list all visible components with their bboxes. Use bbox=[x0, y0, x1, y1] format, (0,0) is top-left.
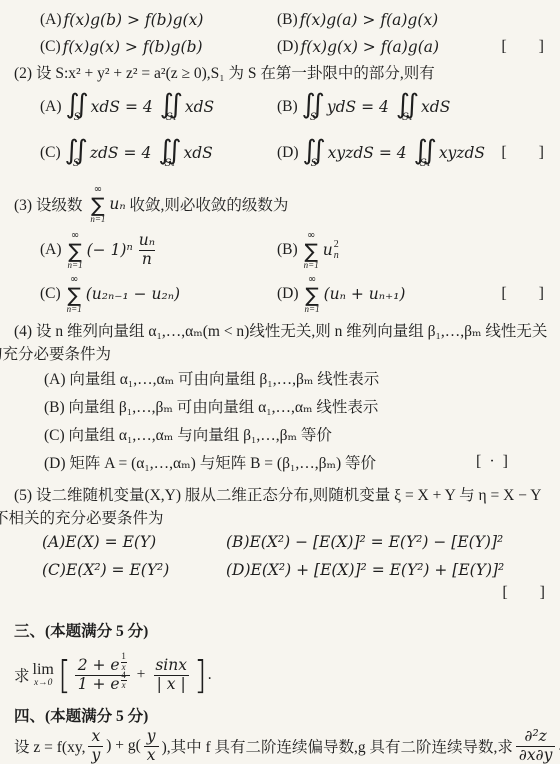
summation-symbol: ∞∑n=1 bbox=[67, 275, 82, 314]
option-label: (A) bbox=[40, 241, 62, 259]
fraction: uₙn bbox=[136, 232, 158, 269]
q5-stem-line2: 不相关的充分必要条件为 bbox=[0, 506, 560, 528]
denominator-text: 1 + e bbox=[78, 676, 120, 694]
q2-answer-bracket: [ ] bbox=[501, 144, 544, 162]
option-label: (D) bbox=[277, 38, 299, 56]
q5-stem-text: 不相关的充分必要条件为 bbox=[0, 506, 164, 528]
q2-stem: (2) 设 S:x² + y² + z² = a²(z ≥ 0),S₁ 为 S … bbox=[14, 60, 560, 84]
q2-option-c: (C) ∫∫S zdS = 4 ∫∫S₁ xdS bbox=[40, 137, 277, 169]
option-label: (D) bbox=[277, 144, 299, 162]
fraction: 2 + e1x 1 + e4x bbox=[75, 657, 130, 694]
q4-stem-line2: 的充分必要条件为 bbox=[0, 342, 560, 364]
option-expression: f(x)g(x) > f(a)g(a) bbox=[301, 38, 440, 56]
right-bracket: ] bbox=[194, 656, 207, 694]
option-text: (D) 矩阵 A = (α₁,…,αₘ) 与矩阵 B = (β₁,…,βₘ) 等… bbox=[44, 451, 376, 473]
option-expression: f(x)g(a) > f(a)g(x) bbox=[300, 11, 439, 29]
double-integral-symbol: ∫∫S bbox=[303, 137, 326, 169]
q5-option-b: (B)E(X²) − [E(X)]² = E(Y²) − [E(Y)]² bbox=[226, 533, 503, 551]
q2-option-a: (A) ∫∫S xdS = 4 ∫∫S₁ xdS bbox=[40, 91, 277, 123]
double-integral-symbol: ∫∫S bbox=[302, 91, 325, 123]
option-label: (D) bbox=[277, 285, 299, 303]
formula-segment: ) + g( bbox=[106, 737, 141, 755]
equation-middle: = 4 bbox=[379, 144, 407, 162]
summation-symbol: ∞∑n=1 bbox=[68, 231, 83, 270]
option-label: (A) bbox=[40, 11, 62, 29]
q1-options-row-1: (A)f(x)g(b) > f(b)g(x) (B)f(x)g(a) > f(a… bbox=[40, 6, 560, 33]
option-expression: (uₙ + uₙ₊₁) bbox=[324, 285, 406, 303]
option-label: (C) bbox=[40, 38, 61, 56]
q4-stem-text: (4) 设 n 维列向量组 α₁,…,αₘ(m < n)线性无关,则 n 维列向… bbox=[14, 319, 547, 341]
option-label: (C) bbox=[40, 285, 61, 303]
q2-option-b: (B) ∫∫S ydS = 4 ∫∫S₁ xdS bbox=[277, 91, 450, 123]
limit-symbol: limx→0 bbox=[33, 662, 54, 689]
q4-stem-line1: (4) 设 n 维列向量组 α₁,…,αₘ(m < n)线性无关,则 n 维列向… bbox=[14, 318, 560, 342]
q5-answer-bracket: [ ] bbox=[502, 584, 545, 602]
double-integral-symbol: ∫∫S₁ bbox=[160, 91, 183, 123]
q3-stem-text: (3) 设级数 bbox=[14, 193, 86, 215]
integrand: zdS bbox=[90, 144, 119, 162]
section3-formula: 求 limx→0 [ 2 + e1x 1 + e4x + sinx| x | ]… bbox=[14, 648, 560, 702]
q4-answer-bracket: [ · ] bbox=[476, 453, 508, 471]
integrand: xyzdS bbox=[439, 144, 485, 162]
q3-options-row-2: (C) ∞∑n=1 (u₂ₙ₋₁ − u₂ₙ) (D) ∞∑n=1 (uₙ + … bbox=[40, 272, 560, 316]
option-expression: f(x)g(b) > f(b)g(x) bbox=[64, 11, 204, 29]
option-label: (B) bbox=[277, 241, 298, 259]
q4-option-a: (A) 向量组 α₁,…,αₘ 可由向量组 β₁,…,βₘ 线性表示 bbox=[44, 364, 560, 392]
q5-option-a: (A)E(X) = E(Y) bbox=[42, 533, 226, 551]
summation-symbol: ∞∑n=1 bbox=[305, 275, 320, 314]
numerator-text: 2 + e bbox=[78, 657, 120, 675]
integrand: xyzdS bbox=[328, 144, 374, 162]
summation-symbol: ∞∑n=1 bbox=[304, 231, 319, 270]
option-expression: f(x)g(x) > f(b)g(b) bbox=[63, 38, 203, 56]
double-integral-symbol: ∫∫S₁ bbox=[414, 137, 437, 169]
denominator-text: | x | bbox=[154, 675, 189, 694]
section3-title: 三、(本题满分 5 分) bbox=[14, 618, 560, 642]
q1-option-a: (A)f(x)g(b) > f(b)g(x) bbox=[40, 11, 277, 29]
section-title-text: 四、(本题满分 5 分) bbox=[14, 704, 148, 726]
q3-option-b: (B) ∞∑n=1 u 2n bbox=[277, 231, 339, 270]
q3-option-d: (D) ∞∑n=1 (uₙ + uₙ₊₁) bbox=[277, 275, 405, 314]
double-integral-symbol: ∫∫S bbox=[66, 91, 89, 123]
q3-option-a: (A) ∞∑n=1 (− 1)ⁿ uₙn bbox=[40, 231, 277, 270]
q1-answer-bracket: [ ] bbox=[501, 38, 544, 56]
option-text: (C) 向量组 α₁,…,αₘ 与向量组 β₁,…,βₘ 等价 bbox=[44, 423, 332, 445]
fraction: ∂²z∂x∂y bbox=[516, 728, 556, 764]
double-integral-symbol: ∫∫S bbox=[65, 137, 88, 169]
fraction: sinx| x | bbox=[152, 657, 190, 694]
integrand: xdS bbox=[91, 98, 120, 116]
q4-option-d: (D) 矩阵 A = (α₁,…,αₘ) 与矩阵 B = (β₁,…,βₘ) 等… bbox=[44, 448, 560, 476]
q5-option-d: (D)E(X²) + [E(X)]² = E(Y²) + [E(Y)]² bbox=[226, 561, 504, 579]
formula-segment: 设 z = f(xy, bbox=[14, 735, 85, 757]
fraction: yx bbox=[144, 728, 159, 764]
double-integral-symbol: ∫∫S₁ bbox=[396, 91, 419, 123]
sup-sub-script: 2n bbox=[334, 239, 339, 261]
q5-answer-row: [ ] bbox=[0, 584, 560, 602]
q5-options-row-2: (C)E(X²) = E(Y²) (D)E(X²) + [E(X)]² = E(… bbox=[42, 556, 560, 584]
q4-stem-text: 的充分必要条件为 bbox=[0, 342, 111, 364]
section4-title: 四、(本题满分 5 分) bbox=[14, 704, 560, 726]
option-label: (B) bbox=[277, 11, 298, 29]
option-text: (A) 向量组 α₁,…,αₘ 可由向量组 β₁,…,βₘ 线性表示 bbox=[44, 367, 379, 389]
numerator-text: sinx bbox=[152, 657, 190, 675]
q5-stem-text: (5) 设二维随机变量(X,Y) 服从二维正态分布,则随机变量 ξ = X + … bbox=[14, 483, 541, 505]
option-expression: (− 1)ⁿ bbox=[87, 241, 133, 259]
exponent-fraction: 4x bbox=[121, 671, 127, 694]
formula-segment: ),其中 f 具有二阶连续偏导数,g 具有二阶连续导数,求 bbox=[162, 735, 513, 757]
q3-options-row-1: (A) ∞∑n=1 (− 1)ⁿ uₙn (B) ∞∑n=1 u 2n bbox=[40, 228, 560, 272]
equation-middle: = 4 bbox=[124, 144, 152, 162]
equation-middle: = 4 bbox=[361, 98, 389, 116]
integrand: xdS bbox=[185, 98, 214, 116]
q1-option-c: (C)f(x)g(x) > f(b)g(b) bbox=[40, 38, 277, 56]
integrand: xdS bbox=[421, 98, 450, 116]
q2-option-d: (D) ∫∫S xyzdS = 4 ∫∫S₁ xyzdS bbox=[277, 137, 485, 169]
fraction: xy bbox=[88, 728, 103, 764]
q3-option-c: (C) ∞∑n=1 (u₂ₙ₋₁ − u₂ₙ) bbox=[40, 275, 277, 314]
q1-option-d: (D)f(x)g(x) > f(a)g(a) bbox=[277, 38, 439, 56]
q2-options-row-2: (C) ∫∫S zdS = 4 ∫∫S₁ xdS (D) ∫∫S xyzdS =… bbox=[40, 130, 560, 176]
equation-middle: = 4 bbox=[125, 98, 153, 116]
q1-option-b: (B)f(x)g(a) > f(a)g(x) bbox=[277, 11, 438, 29]
formula-prefix: 求 bbox=[14, 664, 30, 686]
q5-stem-line1: (5) 设二维随机变量(X,Y) 服从二维正态分布,则随机变量 ξ = X + … bbox=[14, 482, 560, 506]
option-label: (B) bbox=[277, 98, 298, 116]
q2-stem-text: (2) 设 S:x² + y² + z² = a²(z ≥ 0),S₁ 为 S … bbox=[14, 61, 435, 83]
q3-stem-text: 收敛,则必收敛的级数为 bbox=[126, 193, 289, 215]
q5-option-c: (C)E(X²) = E(Y²) bbox=[42, 561, 226, 579]
series-term: uₙ bbox=[109, 195, 125, 213]
q1-options-row-2: (C)f(x)g(x) > f(b)g(b) (D)f(x)g(x) > f(a… bbox=[40, 33, 560, 60]
option-text: (B) 向量组 β₁,…,βₘ 可由向量组 α₁,…,αₘ 线性表示 bbox=[44, 395, 378, 417]
q5-options-row-1: (A)E(X) = E(Y) (B)E(X²) − [E(X)]² = E(Y²… bbox=[42, 528, 560, 556]
q3-stem: (3) 设级数 ∞∑n=1 uₙ 收敛,则必收敛的级数为 bbox=[14, 180, 560, 228]
period: . bbox=[208, 666, 212, 684]
section4-formula: 设 z = f(xy, xy ) + g( yx ),其中 f 具有二阶连续偏导… bbox=[14, 728, 560, 764]
q3-answer-bracket: [ ] bbox=[501, 285, 544, 303]
integrand: ydS bbox=[327, 98, 356, 116]
double-integral-symbol: ∫∫S₁ bbox=[158, 137, 181, 169]
option-expression: (u₂ₙ₋₁ − u₂ₙ) bbox=[86, 285, 180, 303]
left-bracket: [ bbox=[58, 656, 71, 694]
summation-symbol: ∞∑n=1 bbox=[90, 185, 105, 224]
q4-option-b: (B) 向量组 β₁,…,βₘ 可由向量组 α₁,…,αₘ 线性表示 bbox=[44, 392, 560, 420]
q2-options-row-1: (A) ∫∫S xdS = 4 ∫∫S₁ xdS (B) ∫∫S ydS = 4… bbox=[40, 84, 560, 130]
option-label: (C) bbox=[40, 144, 61, 162]
option-label: (A) bbox=[40, 98, 62, 116]
plus-sign: + bbox=[137, 666, 146, 684]
term-base: u bbox=[323, 241, 333, 259]
integrand: xdS bbox=[183, 144, 212, 162]
section-title-text: 三、(本题满分 5 分) bbox=[14, 619, 148, 641]
q4-option-c: (C) 向量组 α₁,…,αₘ 与向量组 β₁,…,βₘ 等价 bbox=[44, 420, 560, 448]
exam-page-scan: (A)f(x)g(b) > f(b)g(x) (B)f(x)g(a) > f(a… bbox=[0, 0, 560, 764]
